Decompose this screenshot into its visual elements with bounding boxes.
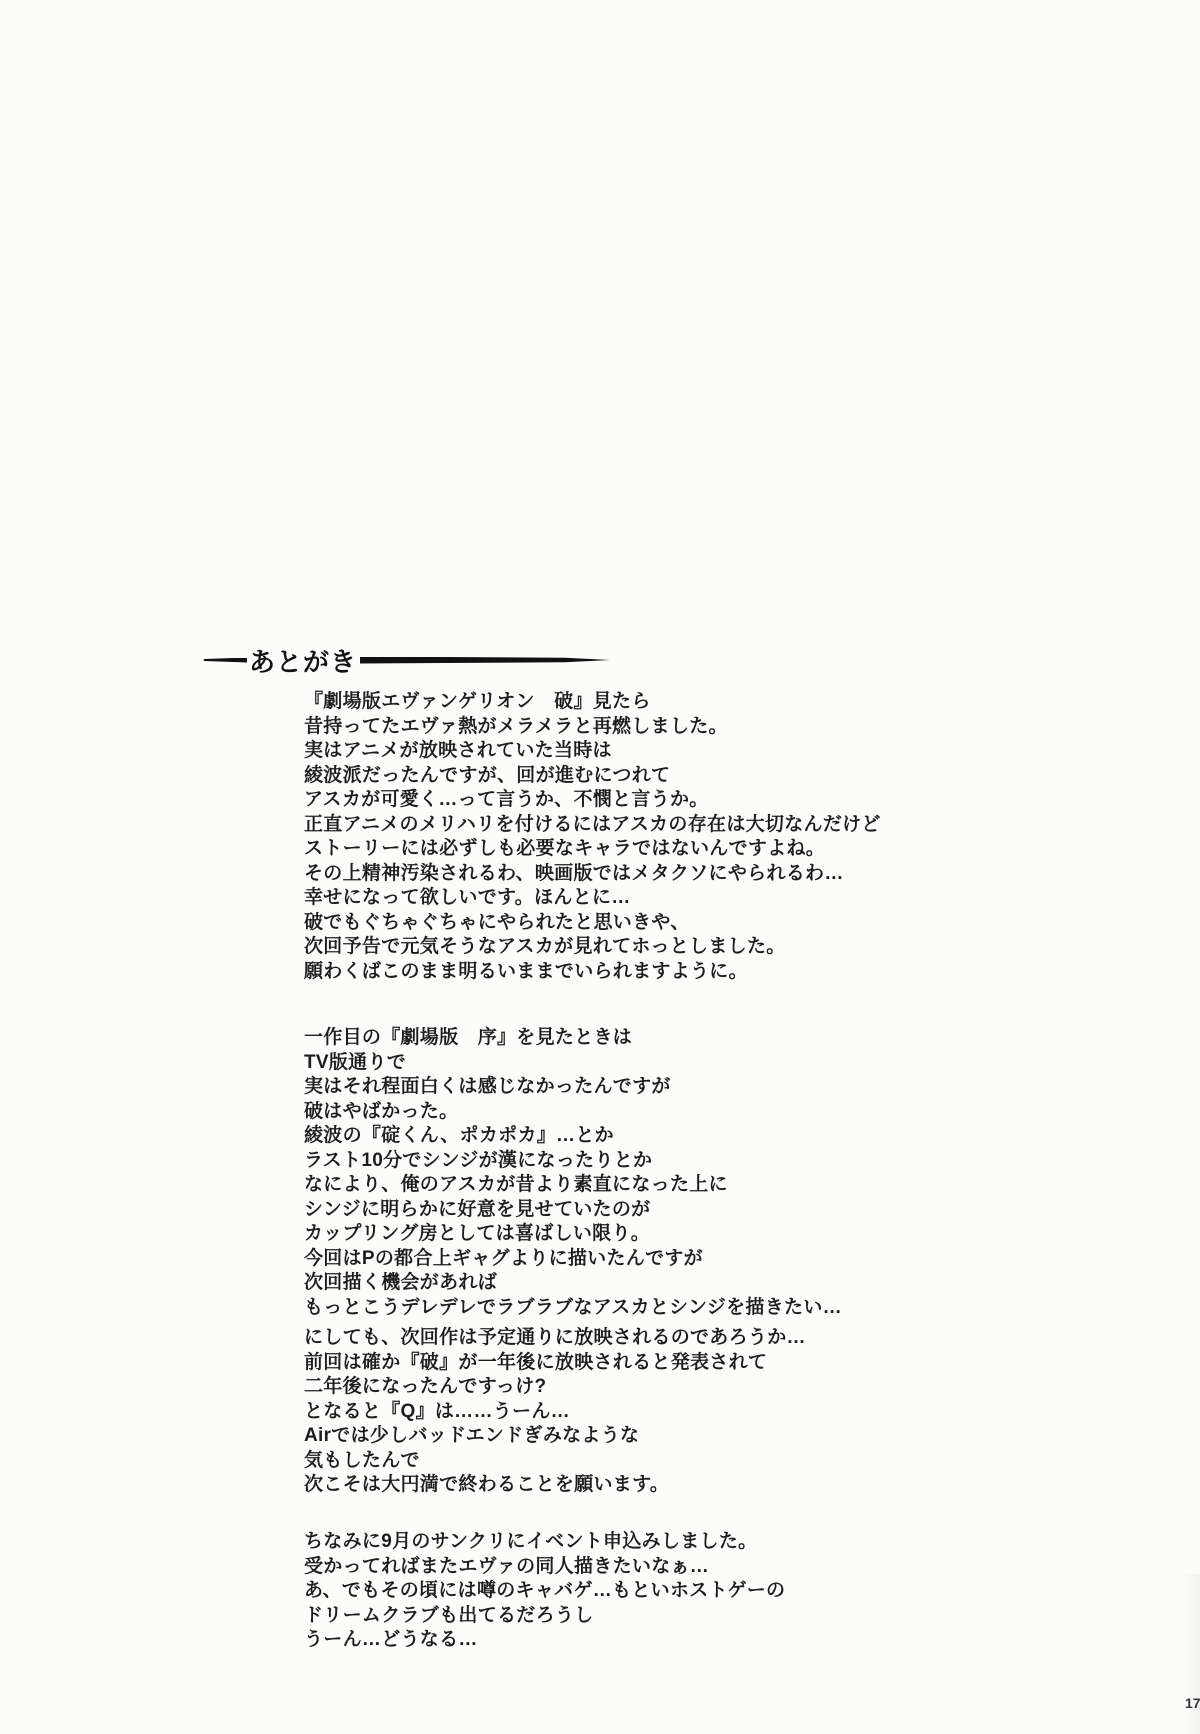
afterword-line: 次こそは大円満で終わることを願います。 xyxy=(304,1473,806,1498)
afterword-line: 正直アニメのメリハリを付けるにはアスカの存在は大切なんだけど xyxy=(304,813,881,838)
afterword-line: にしても、次回作は予定通りに放映されるのであろうか… xyxy=(304,1326,806,1351)
afterword-paragraph-3: にしても、次回作は予定通りに放映されるのであろうか… 前回は確か『破』が一年後に… xyxy=(304,1326,806,1498)
afterword-line: 実はそれ程面白くは感じなかったんですが xyxy=(304,1075,842,1100)
afterword-line: シンジに明らかに好意を見せていたのが xyxy=(304,1198,842,1223)
afterword-line: 破でもぐちゃぐちゃにやられたと思いきや、 xyxy=(304,911,881,936)
afterword-line: ちなみに9月のサンクリにイベント申込みしました。 xyxy=(304,1530,785,1555)
afterword-line: うーん…どうなる… xyxy=(304,1628,785,1653)
afterword-paragraph-1: 『劇場版エヴァンゲリオン 破』見たら 昔持ってたエヴァ熱がメラメラと再燃しました… xyxy=(304,690,881,984)
afterword-line: アスカが可愛く…って言うか、不憫と言うか。 xyxy=(304,788,881,813)
afterword-line: 次回予告で元気そうなアスカが見れてホっとしました。 xyxy=(304,935,881,960)
afterword-line: あ、でもその頃には噂のキャバゲ…もといホストゲーの xyxy=(304,1579,785,1604)
afterword-line: 前回は確か『破』が一年後に放映されると発表されて xyxy=(304,1351,806,1376)
afterword-line: ストーリーには必ずしも必要なキャラではないんですよね。 xyxy=(304,837,881,862)
afterword-line: 実はアニメが放映されていた当時は xyxy=(304,739,881,764)
afterword-heading: あとがき xyxy=(247,642,360,679)
afterword-line: 昔持ってたエヴァ熱がメラメラと再燃しました。 xyxy=(304,715,881,740)
afterword-line: 二年後になったんですっけ? xyxy=(304,1375,806,1400)
afterword-line: 今回はPの都合上ギャグよりに描いたんですが xyxy=(304,1247,842,1272)
afterword-line: ラスト10分でシンジが漢になったりとか xyxy=(304,1149,842,1174)
afterword-line: 幸せになって欲しいです。ほんとに… xyxy=(304,886,881,911)
afterword-line: 一作目の『劇場版 序』を見たときは xyxy=(304,1026,842,1051)
afterword-header: あとがき xyxy=(203,644,610,676)
afterword-line: 『劇場版エヴァンゲリオン 破』見たら xyxy=(304,690,881,715)
page-number: 17 xyxy=(1185,1695,1200,1711)
afterword-paragraph-4: ちなみに9月のサンクリにイベント申込みしました。 受かってればまたエヴァの同人描… xyxy=(304,1530,785,1653)
header-rule-left xyxy=(203,658,247,663)
scanned-afterword-page: あとがき 『劇場版エヴァンゲリオン 破』見たら 昔持ってたエヴァ熱がメラメラと再… xyxy=(0,0,1200,1734)
afterword-line: 願わくばこのまま明るいままでいられますように。 xyxy=(304,960,881,985)
afterword-line: Airでは少しバッドエンドぎみなような xyxy=(304,1424,806,1449)
afterword-line: カップリング房としては喜ばしい限り。 xyxy=(304,1222,842,1247)
afterword-line: 受かってればまたエヴァの同人描きたいなぁ… xyxy=(304,1555,785,1580)
afterword-line: もっとこうデレデレでラブラブなアスカとシンジを描きたい… xyxy=(304,1296,842,1321)
afterword-line: 次回描く機会があれば xyxy=(304,1271,842,1296)
header-rule-right xyxy=(360,657,610,664)
afterword-line: 破はやばかった。 xyxy=(304,1100,842,1125)
afterword-line: 綾波派だったんですが、回が進むにつれて xyxy=(304,764,881,789)
afterword-line: ドリームクラブも出てるだろうし xyxy=(304,1604,785,1629)
afterword-line: となると『Q』は……うーん… xyxy=(304,1400,806,1425)
afterword-line: TV版通りで xyxy=(304,1051,842,1076)
afterword-line: 気もしたんで xyxy=(304,1449,806,1474)
afterword-line: その上精神汚染されるわ、映画版ではメタクソにやられるわ… xyxy=(304,862,881,887)
afterword-paragraph-2: 一作目の『劇場版 序』を見たときは TV版通りで 実はそれ程面白くは感じなかった… xyxy=(304,1026,842,1320)
afterword-line: なにより、俺のアスカが昔より素直になった上に xyxy=(304,1173,842,1198)
afterword-line: 綾波の『碇くん、ポカポカ』…とか xyxy=(304,1124,842,1149)
